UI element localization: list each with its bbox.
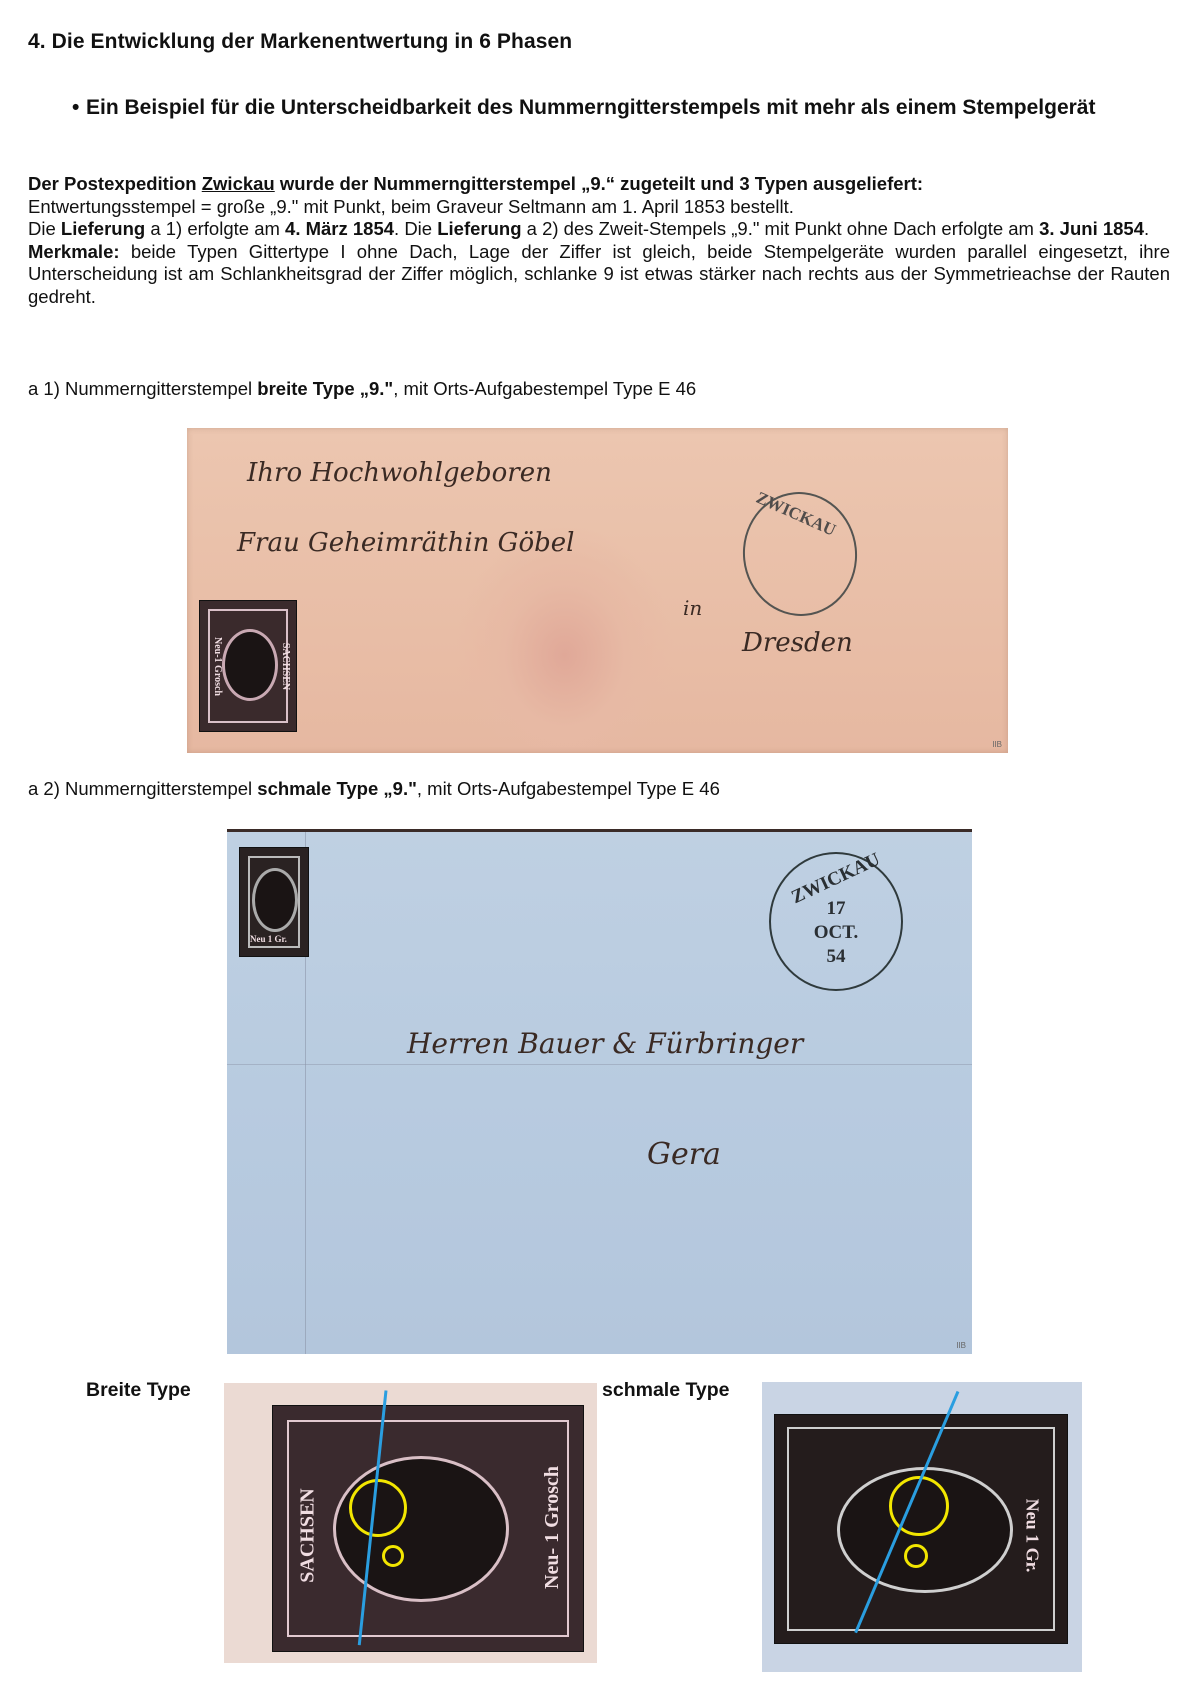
postmark-day: 17 [771, 898, 901, 920]
corner-mark: IIB [956, 1341, 966, 1350]
stamp-value: Neu- 1 Grosch [541, 1466, 564, 1589]
date-text: 4. März 1854 [285, 218, 394, 239]
postage-stamp: Neu-1 Grosch SACHSEN [199, 600, 297, 732]
stamp-value: Neu-1 Grosch [212, 637, 223, 696]
stamp-country: SACHSEN [297, 1488, 320, 1582]
fold-line [227, 1064, 972, 1065]
stamp-value: Neu 1 Gr. [250, 934, 287, 944]
intro-text: wurde der Nummerngitterstempel „9.“ zuge… [275, 173, 923, 194]
marker-circle-large [349, 1479, 407, 1537]
postmark-circle: ZWICKAU 17 OCT. 54 [769, 852, 903, 991]
merkmale-paragraph: Merkmale: beide Typen Gittertype I ohne … [28, 241, 1170, 309]
intro-text: a 1) erfolgte am [145, 218, 285, 239]
postmark-circle: ZWICKAU [737, 486, 863, 621]
caption-text: a 1) Nummerngitterstempel [28, 378, 257, 399]
label-breite-type: Breite Type [86, 1379, 191, 1402]
date-text: 3. Juni 1854 [1039, 218, 1144, 239]
caption-bold: breite Type „9." [257, 378, 393, 399]
subheading-text: Ein Beispiel für die Unterscheidbarkeit … [86, 96, 1095, 119]
label-schmale-type: schmale Type [602, 1379, 730, 1402]
stamp-portrait [222, 629, 278, 701]
detail-schmale-type-image: Neu 1 Gr. [762, 1382, 1082, 1672]
detail-breite-type-image: SACHSEN Neu- 1 Grosch [224, 1383, 597, 1663]
place-name: Zwickau [202, 173, 275, 194]
address-line: Dresden [742, 628, 853, 658]
cover-2-image: Neu 1 Gr. ZWICKAU 17 OCT. 54 Herren Baue… [227, 829, 972, 1354]
intro-text: Der Postexpedition [28, 173, 202, 194]
intro-line-1: Der Postexpedition Zwickau wurde der Num… [28, 173, 1170, 196]
bullet-icon: • [72, 94, 86, 121]
address-line: in [683, 596, 702, 620]
postmark-town: ZWICKAU [742, 483, 851, 546]
stamp-country: SACHSEN [280, 643, 291, 690]
intro-text: . Die [394, 218, 437, 239]
postmark-year: 54 [771, 946, 901, 968]
marker-circle-small [904, 1544, 928, 1568]
address-line: Herren Bauer & Fürbringer [407, 1027, 803, 1060]
corner-mark: IIB [992, 740, 1002, 749]
intro-line-2: Entwertungsstempel = große „9." mit Punk… [28, 196, 1170, 219]
cover-1-image: Ihro Hochwohlgeboren Frau Geheimräthin G… [187, 428, 1008, 753]
merkmale-label: Merkmale: [28, 241, 120, 262]
caption-text: a 2) Nummerngitterstempel [28, 778, 257, 799]
stamp-value: Neu 1 Gr. [1021, 1499, 1042, 1573]
postage-stamp: Neu 1 Gr. [239, 847, 309, 957]
intro-text: Die [28, 218, 61, 239]
address-line: Ihro Hochwohlgeboren [247, 458, 552, 488]
caption-text: , mit Orts-Aufgabestempel Type E 46 [417, 778, 720, 799]
intro-text: Lieferung [61, 218, 145, 239]
intro-paragraph: Der Postexpedition Zwickau wurde der Num… [28, 173, 1170, 308]
page-heading: 4. Die Entwicklung der Markenentwertung … [28, 30, 572, 54]
caption-bold: schmale Type „9." [257, 778, 417, 799]
intro-line-3: Die Lieferung a 1) erfolgte am 4. März 1… [28, 218, 1170, 241]
caption-a1: a 1) Nummerngitterstempel breite Type „9… [28, 378, 696, 400]
caption-text: , mit Orts-Aufgabestempel Type E 46 [393, 378, 696, 399]
intro-text: Lieferung [437, 218, 521, 239]
caption-a2: a 2) Nummerngitterstempel schmale Type „… [28, 778, 720, 800]
intro-text: . [1144, 218, 1149, 239]
intro-text: a 2) des Zweit-Stempels „9." mit Punkt o… [522, 218, 1040, 239]
stamp-portrait [252, 868, 298, 932]
stamp-enlarged: SACHSEN Neu- 1 Grosch [272, 1405, 584, 1652]
postmark-month: OCT. [771, 922, 901, 944]
subheading: •Ein Beispiel für die Unterscheidbarkeit… [72, 94, 1132, 121]
address-line: Gera [647, 1137, 721, 1172]
address-line: Frau Geheimräthin Göbel [237, 528, 574, 558]
marker-circle-small [382, 1545, 404, 1567]
merkmale-text: beide Typen Gittertype I ohne Dach, Lage… [28, 241, 1170, 307]
